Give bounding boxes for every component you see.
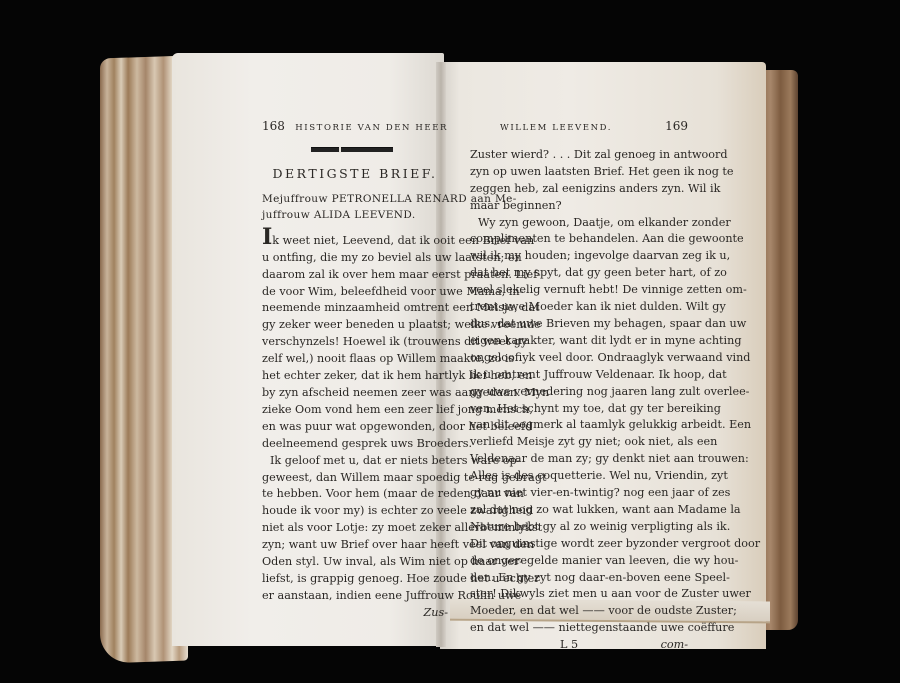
body-line: by zyn afscheid neemen zeer was aangedaa… [262, 385, 448, 402]
body-line: liefst, is grappig genoeg. Hoe zoude het… [262, 571, 448, 588]
body-line: te hebben. Voor hem (maar de reden daar … [262, 486, 448, 503]
body-line: de ongeregelde manier van leeven, die wy… [470, 553, 688, 570]
left-page-text: 168 HISTORIE VAN DEN HEER DERTIGSTE BRIE… [262, 118, 448, 622]
body-line: Wy zyn gewoon, Daatje, om elkander zonde… [470, 215, 688, 232]
body-line: zyn op uwen laatsten Brief. Het geen ik … [470, 164, 688, 181]
letter-address: Mejuffrouw PETRONELLA RENARD aan Me- juf… [262, 191, 448, 223]
body-line: verliefd Meisje zyt gy niet; ook niet, a… [470, 434, 688, 451]
body-line: Moeder, en dat wel —— voor de oudste Zus… [470, 603, 688, 620]
body-line: zeggen heb, zal eenigzins anders zyn. Wi… [470, 181, 688, 198]
body-line: houde ik voor my) is echter zo veele zwa… [262, 503, 448, 520]
ornament-rule [311, 147, 393, 152]
right-running-head: WILLEM LEEVEND. 169 [470, 118, 688, 137]
body-line: zyn; want uw Brief over haar heeft veel … [262, 537, 448, 554]
body-line: er aanstaan, indien eene Juffrouw Roulin… [262, 588, 448, 605]
catchword: Zus- [424, 605, 449, 622]
body-line: verschynzels! Hoewel ik (trouwens dit we… [262, 334, 448, 351]
left-page-footer: Zus- [262, 605, 448, 622]
body-line: Oden styl. Uw inval, als Wim niet op haa… [262, 554, 448, 571]
body-line: ik u omtrent Juffrouw Veldenaar. Ik hoop… [470, 367, 688, 384]
right-running-title: WILLEM LEEVEND. [470, 120, 612, 137]
body-line: Dit onguinstige wordt zeer byzonder verg… [470, 536, 688, 553]
body-line: ster! Dikwyls ziet men u aan voor de Zus… [470, 586, 688, 603]
signature-mark: L 5 [470, 637, 578, 654]
body-line: Ik geloof met u, dat er niets beters war… [262, 453, 448, 470]
body-line: de voor Wim, beleefdheid voor uwe Mama, … [262, 284, 448, 301]
right-page-number: 169 [665, 118, 688, 135]
body-line: zal dat nog zo wat lukken, want aan Mada… [470, 502, 688, 519]
drop-cap: I [262, 224, 272, 250]
body-line: Ik weet niet, Leevend, dat ik ooit een B… [262, 231, 448, 250]
body-line: Alles is des coquetterie. Wel nu, Vriend… [470, 468, 688, 485]
catchword: com- [661, 637, 688, 654]
body-line: geweest, dan Willem maar spoedig te rug … [262, 470, 448, 487]
body-line: trent uwe Moeder kan ik niet dulden. Wil… [470, 299, 688, 316]
book-photo: 168 HISTORIE VAN DEN HEER DERTIGSTE BRIE… [0, 0, 900, 683]
body-line: complimenten te behandelen. Aan die gewo… [470, 231, 688, 248]
body-line: Zuster wierd? . . . Dit zal genoeg in an… [470, 147, 688, 164]
letter-heading: DERTIGSTE BRIEF. [262, 166, 448, 183]
body-line: zieke Oom vond hem een zeer lief jong me… [262, 402, 448, 419]
right-page-footer: L 5 com- [470, 637, 688, 654]
body-line: gy uwe vernedering nog jaaren lang zult … [470, 384, 688, 401]
right-page-text: WILLEM LEEVEND. 169 Zuster wierd? . . . … [470, 118, 688, 654]
body-line: Veldenaar de man zy; gy denkt niet aan t… [470, 451, 688, 468]
body-line: ven. Het schynt my toe, dat gy ter berei… [470, 401, 688, 418]
left-page-number: 168 [262, 118, 285, 135]
body-line: en dat wel —— niettegenstaande uwe coëff… [470, 620, 688, 637]
body-line: het echter zeker, dat ik hem hartlyk lie… [262, 368, 448, 385]
address-line: Mejuffrouw PETRONELLA RENARD aan Me- [262, 191, 448, 207]
body-line: van dit oogmerk al taamlyk gelukkig arbe… [470, 417, 688, 434]
left-running-head: 168 HISTORIE VAN DEN HEER [262, 118, 448, 137]
body-line: gy zeker weer beneden u plaatst; welke v… [262, 317, 448, 334]
body-line: dus, dat uwe Brieven my behagen, spaar d… [470, 316, 688, 333]
body-line: daarom zal ik over hem maar eerst praate… [262, 267, 448, 284]
body-line: ongeloofiyk veel door. Ondraaglyk verwaa… [470, 350, 688, 367]
body-line: u ontfing, die my zo beviel als uw laats… [262, 250, 448, 267]
body-line: Nature hebt gy al zo weinig verpligting … [470, 519, 688, 536]
left-running-title: HISTORIE VAN DEN HEER [295, 120, 448, 137]
address-line: juffrouw ALIDA LEEVEND. [262, 207, 448, 223]
body-line: zelf wel,) nooit flaas op Willem maakte,… [262, 351, 448, 368]
body-line: gy nu niet vier-en-twintig? nog een jaar… [470, 485, 688, 502]
body-line: neemende minzaamheid omtrent een Meisje,… [262, 300, 448, 317]
body-line: den. En gy zyt nog daar-en-boven eene Sp… [470, 570, 688, 587]
body-line: wil ik my houden; ingevolge daarvan zeg … [470, 248, 688, 265]
body-line: eigen karakter, want dit lydt er in myne… [470, 333, 688, 350]
body-line: maar beginnen? [470, 198, 688, 215]
body-line: niet als voor Lotje: zy moet zeker aller… [262, 520, 448, 537]
body-line: deelneemend gesprek uws Broeders. [262, 436, 448, 453]
body-line: en was puur wat opgewonden, door het bel… [262, 419, 448, 436]
body-line: dat het my spyt, dat gy geen beter hart,… [470, 265, 688, 282]
body-line: veel slekelig vernuft hebt! De vinnige z… [470, 282, 688, 299]
